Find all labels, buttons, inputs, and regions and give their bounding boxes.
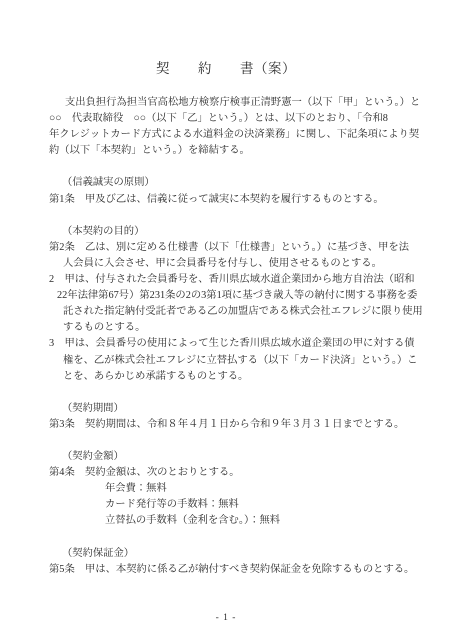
document-body: 支出負担行為担当官高松地方検察庁検事正清野憲一（以下「甲」という。）と ○○ 代… [49,95,431,578]
fee-line: カード発行等の手数料：無料 [49,497,431,513]
article-line: 第1条 甲及び乙は、信義に従って誠実に本契約を履行するものとする。 [49,192,431,208]
section-term: （契約期間） 第3条 契約期間は、令和８年４月１日から令和９年３月３１日までとす… [49,401,431,433]
section-heading: （本契約の目的） [49,224,431,240]
fee-line: 立替払の手数料（金利を含む。）：無料 [49,513,431,529]
article-line: 2 甲は、付与された会員番号を、香川県広域水道企業団から地方自治法（昭和 [49,272,431,288]
article-line: 託された指定納付受託者である乙の加盟店である株式会社エフレジに限り使用 [49,304,431,320]
article-line: 第5条 甲は、本契約に係る乙が納付すべき契約保証金を免除するものとする。 [49,562,431,578]
preamble-line: ○○ 代表取締役 ○○（以下「乙」という。）とは、以下のとおり、「令和8 [49,111,431,127]
preamble-line: 支出負担行為担当官高松地方検察庁検事正清野憲一（以下「甲」という。）と [49,95,431,111]
article-line: 権を、乙が株式会社エフレジに立替払する（以下「カード決済」という。）こ [49,353,431,369]
section-purpose: （本契約の目的） 第2条 乙は、別に定める仕様書（以下「仕様書」という。）に基づ… [49,224,431,385]
section-good-faith: （信義誠実の原則） 第1条 甲及び乙は、信義に従って誠実に本契約を履行するものと… [49,175,431,207]
fee-line: 年会費：無料 [49,481,431,497]
page-number: - 1 - [0,611,452,625]
preamble-line: 約（以下「本契約」という。）を締結する。 [49,143,431,159]
section-heading: （契約金額） [49,449,431,465]
document-title: 契 約 書（案） [0,57,452,77]
article-line: 第4条 契約金額は、次のとおりとする。 [49,465,431,481]
section-amount: （契約金額） 第4条 契約金額は、次のとおりとする。 年会費：無料 カード発行等… [49,449,431,529]
section-heading: （契約保証金） [49,546,431,562]
article-line: 人会員に入会させ、甲に会員番号を付与し、使用させるものとする。 [49,256,431,272]
article-line: 第3条 契約期間は、令和８年４月１日から令和９年３月３１日までとする。 [49,417,431,433]
article-line: 3 甲は、会員番号の使用によって生じた香川県広域水道企業団の甲に対する債 [49,336,431,352]
contract-document-page: 契 約 書（案） 支出負担行為担当官高松地方検察庁検事正清野憲一（以下「甲」とい… [0,0,452,640]
section-deposit: （契約保証金） 第5条 甲は、本契約に係る乙が納付すべき契約保証金を免除するもの… [49,546,431,578]
section-heading: （信義誠実の原則） [49,175,431,191]
section-heading: （契約期間） [49,401,431,417]
article-line: とを、あらかじめ承諾するものとする。 [49,369,431,385]
article-line: 22年法律第67号）第231条の2の3第1項に基づき歳入等の納付に関する事務を委 [49,288,431,304]
article-line: するものとする。 [49,320,431,336]
article-line: 第2条 乙は、別に定める仕様書（以下「仕様書」という。）に基づき、甲を法 [49,240,431,256]
preamble-line: 年クレジットカード方式による水道料金の決済業務」に関し、下記条項により契 [49,127,431,143]
